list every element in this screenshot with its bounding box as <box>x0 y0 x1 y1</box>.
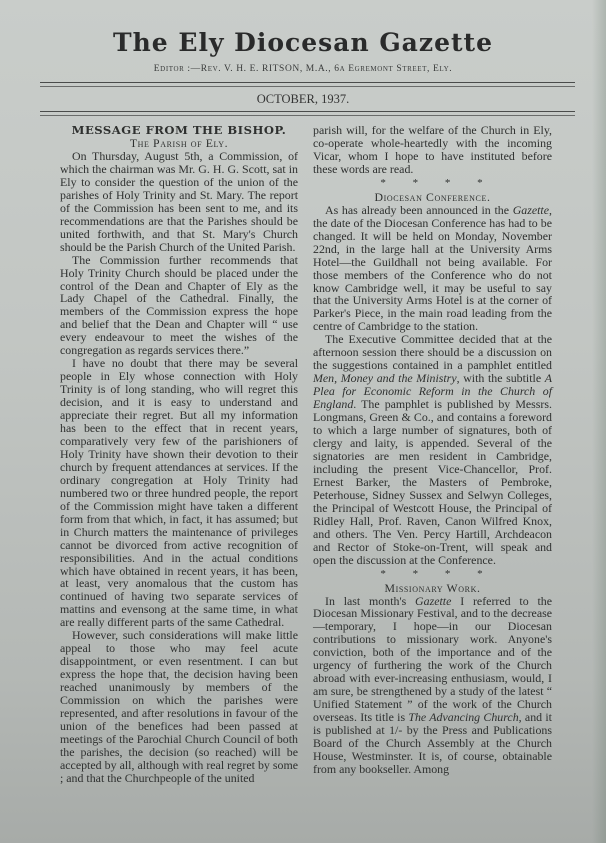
editor-line: Editor :—Rev. V. H. E. RITSON, M.A., 6a … <box>0 64 606 74</box>
paragraph: However, such considerations will make l… <box>60 629 298 784</box>
bottom-rule <box>40 111 575 116</box>
issue-date: OCTOBER, 1937. <box>0 92 606 107</box>
page-edge-shadow <box>592 0 606 843</box>
paragraph-continuation: parish will, for the welfare of the Chur… <box>313 124 552 176</box>
paragraph: The Commission further recommends that H… <box>60 254 298 358</box>
paragraph: On Thursday, August 5th, a Commission, o… <box>60 150 298 254</box>
right-column: parish will, for the welfare of the Chur… <box>313 124 552 776</box>
paragraph: I have no doubt that there may be severa… <box>60 357 298 629</box>
masthead-title: The Ely Diocesan Gazette <box>0 28 606 57</box>
paragraph: In last month's Gazette I referred to th… <box>313 595 552 776</box>
gazette-page: The Ely Diocesan Gazette Editor :—Rev. V… <box>0 0 606 843</box>
left-column: MESSAGE FROM THE BISHOP. The Parish of E… <box>60 124 298 785</box>
top-rule <box>40 82 575 87</box>
paragraph: As has already been announced in the Gaz… <box>313 204 552 334</box>
section-separator: * * * * <box>313 176 552 191</box>
section-separator: * * * * <box>313 567 552 582</box>
paragraph: The Executive Committee decided that at … <box>313 333 552 566</box>
